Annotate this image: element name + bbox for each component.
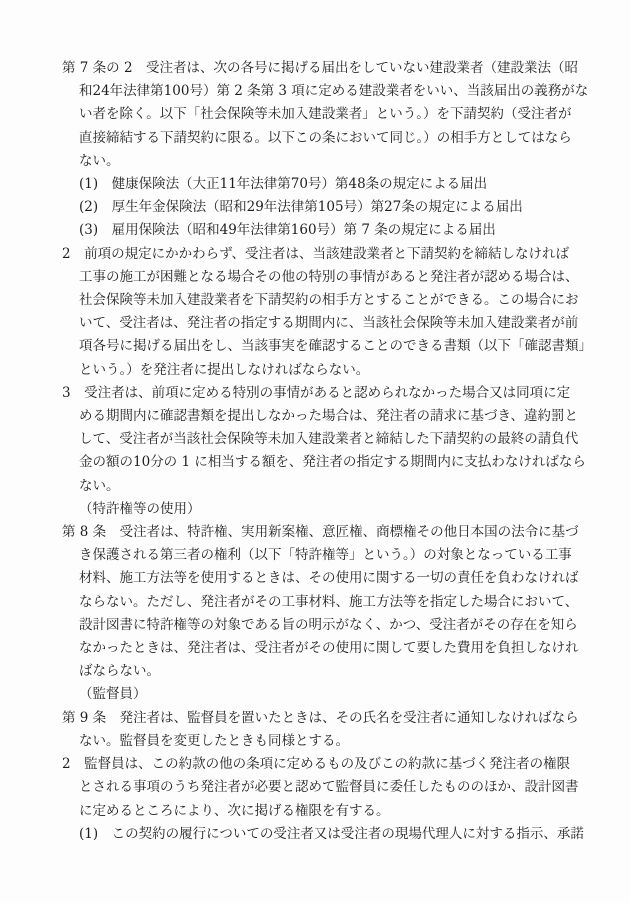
article-7-2-paragraph-3: 3 受注者は、前項に定める特別の事情があると認められなかった場合又は同項に定める… [62,382,590,498]
text-line: いて、受注者は、発注者の指定する期間内に、当該社会保険等未加入建設業者が前 [62,312,590,335]
article-7-2-item-2: (2) 厚生年金保険法（昭和29年法律第105号）第27条の規定による届出 [62,196,590,219]
document-body: 第 7 条の 2 受注者は、次の各号に掲げる届出をしていない建設業者（建設業法（… [62,57,590,846]
article-7-2: 第 7 条の 2 受注者は、次の各号に掲げる届出をしていない建設業者（建設業法（… [62,57,590,173]
document-page: 第 7 条の 2 受注者は、次の各号に掲げる届出をしていない建設業者（建設業法（… [0,0,630,903]
article-7-2-paragraph-2: 2 前項の規定にかかわらず、受注者は、当該建設業者と下請契約を締結しなければ工事… [62,243,590,382]
text-line: して、受注者が当該社会保険等未加入建設業者と締結した下請契約の最終の請負代 [62,428,590,451]
text-line: に定めるところにより、次に掲げる権限を有する。 [62,800,590,823]
text-line: 設計図書に特許権等の対象である旨の明示がなく、かつ、受注者がその存在を知ら [62,614,590,637]
text-line: ならない。ただし、発注者がその工事材料、施工方法等を指定した場合において、 [62,591,590,614]
text-line: (1) この契約の履行についての受注者又は受注者の現場代理人に対する指示、承諾 [62,823,590,846]
article-9-paragraph-2: 2 監督員は、この約款の他の条項に定めるもの及びこの約款に基づく発注者の権限とさ… [62,753,590,823]
text-line: 直接締結する下請契約に限る。以下この条において同じ。）の相手方としてはなら [62,127,590,150]
text-line: 3 受注者は、前項に定める特別の事情があると認められなかった場合又は同項に定 [62,382,590,405]
heading-patent-rights: （特許権等の使用） [62,498,590,521]
article-7-2-item-1: (1) 健康保険法（大正11年法律第70号）第48条の規定による届出 [62,173,590,196]
text-line: (3) 雇用保険法（昭和49年法律第160号）第 7 条の規定による届出 [62,219,590,242]
text-line: 和24年法律第100号）第 2 条第 3 項に定める建設業者をいい、当該届出の義… [62,80,590,103]
text-line: 第 8 条 受注者は、特許権、実用新案権、意匠権、商標権その他日本国の法令に基づ [62,521,590,544]
text-line: 2 監督員は、この約款の他の条項に定めるもの及びこの約款に基づく発注者の権限 [62,753,590,776]
text-line: 第 9 条 発注者は、監督員を置いたときは、その氏名を受注者に通知しなければなら [62,707,590,730]
text-line: める期間内に確認書類を提出しなかった場合は、発注者の請求に基づき、違約罰と [62,405,590,428]
text-line: ない。 [62,150,590,173]
text-line: (2) 厚生年金保険法（昭和29年法律第105号）第27条の規定による届出 [62,196,590,219]
text-line: 第 7 条の 2 受注者は、次の各号に掲げる届出をしていない建設業者（建設業法（… [62,57,590,80]
text-line: 金の額の10分の 1 に相当する額を、発注者の指定する期間内に支払わなければなら [62,451,590,474]
text-line: ばならない。 [62,660,590,683]
text-line: 社会保険等未加入建設業者を下請契約の相手方とすることができる。この場合にお [62,289,590,312]
article-9-item-1: (1) この契約の履行についての受注者又は受注者の現場代理人に対する指示、承諾 [62,823,590,846]
text-line: 材料、施工方法等を使用するときは、その使用に関する一切の責任を負わなければ [62,567,590,590]
article-7-2-item-3: (3) 雇用保険法（昭和49年法律第160号）第 7 条の規定による届出 [62,219,590,242]
text-line: という。）を発注者に提出しなければならない。 [62,359,590,382]
text-line: （特許権等の使用） [62,498,590,521]
text-line: き保護される第三者の権利（以下「特許権等」という。）の対象となっている工事 [62,544,590,567]
article-8: 第 8 条 受注者は、特許権、実用新案権、意匠権、商標権その他日本国の法令に基づ… [62,521,590,683]
text-line: ない。監督員を変更したときも同様とする。 [62,730,590,753]
heading-supervisor: （監督員） [62,683,590,706]
article-9: 第 9 条 発注者は、監督員を置いたときは、その氏名を受注者に通知しなければなら… [62,707,590,753]
text-line: （監督員） [62,683,590,706]
text-line: 2 前項の規定にかかわらず、受注者は、当該建設業者と下請契約を締結しなければ [62,243,590,266]
text-line: なかったときは、発注者は、受注者がその使用に関して要した費用を負担しなけれ [62,637,590,660]
text-line: 工事の施工が困難となる場合その他の特別の事情があると発注者が認める場合は、 [62,266,590,289]
text-line: (1) 健康保険法（大正11年法律第70号）第48条の規定による届出 [62,173,590,196]
text-line: とされる事項のうち発注者が必要と認めて監督員に委任したもののほか、設計図書 [62,776,590,799]
text-line: ない。 [62,475,590,498]
text-line: 項各号に掲げる届出をし、当該事実を確認することのできる書類（以下「確認書類」 [62,335,590,358]
text-line: い者を除く。以下「社会保険等未加入建設業者」という。）を下請契約（受注者が [62,103,590,126]
